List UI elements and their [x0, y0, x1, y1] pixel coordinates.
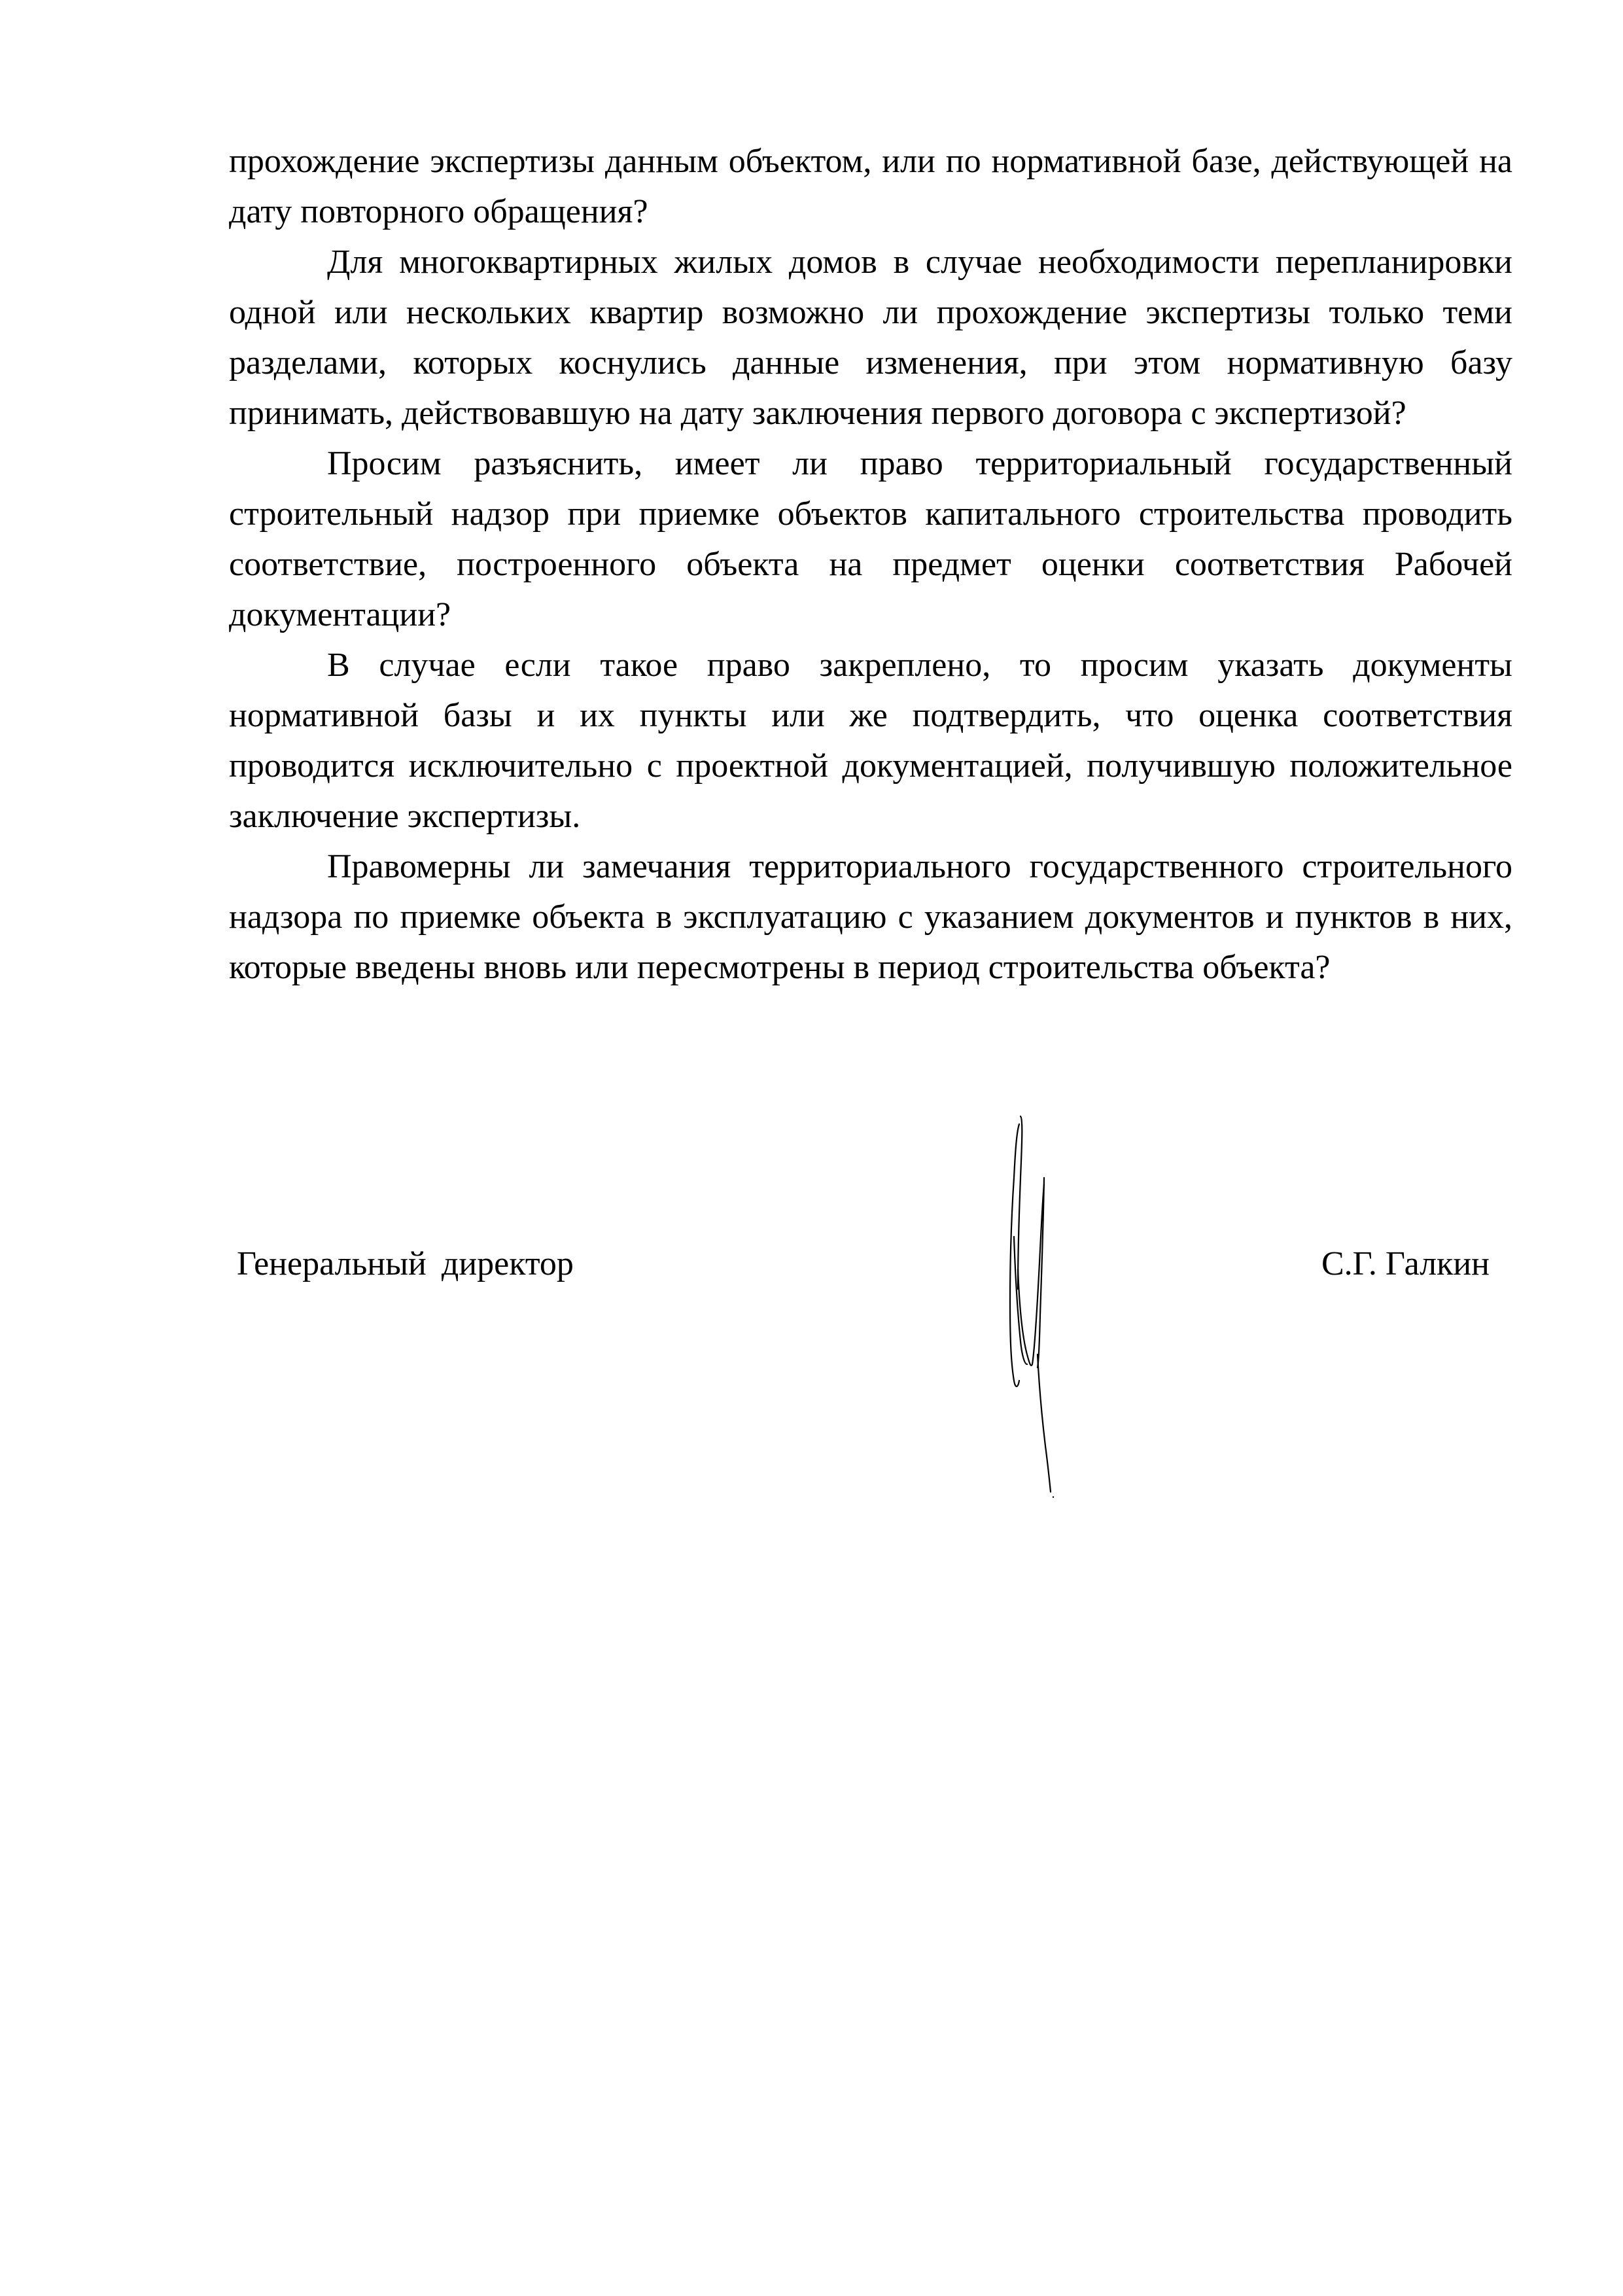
paragraph-remarks-legitimacy: Правомерны ли замечания территориального… — [229, 841, 1512, 993]
paragraph-apartment-replanning: Для многоквартирных жилых домов в случае… — [229, 237, 1512, 438]
signer-name: С.Г. Галкин — [1321, 1239, 1490, 1289]
paragraph-continuation: прохождение экспертизы данным объектом, … — [229, 136, 1512, 237]
handwritten-signature-icon — [981, 1106, 1086, 1498]
paragraph-normative-documents: В случае если такое право закреплено, то… — [229, 640, 1512, 841]
signer-title: Генеральный директор — [237, 1239, 574, 1289]
letter-body: прохождение экспертизы данным объектом, … — [229, 136, 1512, 993]
signature-block: Генеральный директор С.Г. Галкин — [237, 1239, 1490, 1291]
paragraph-supervision-right: Просим разъяснить, имеет ли право террит… — [229, 438, 1512, 640]
